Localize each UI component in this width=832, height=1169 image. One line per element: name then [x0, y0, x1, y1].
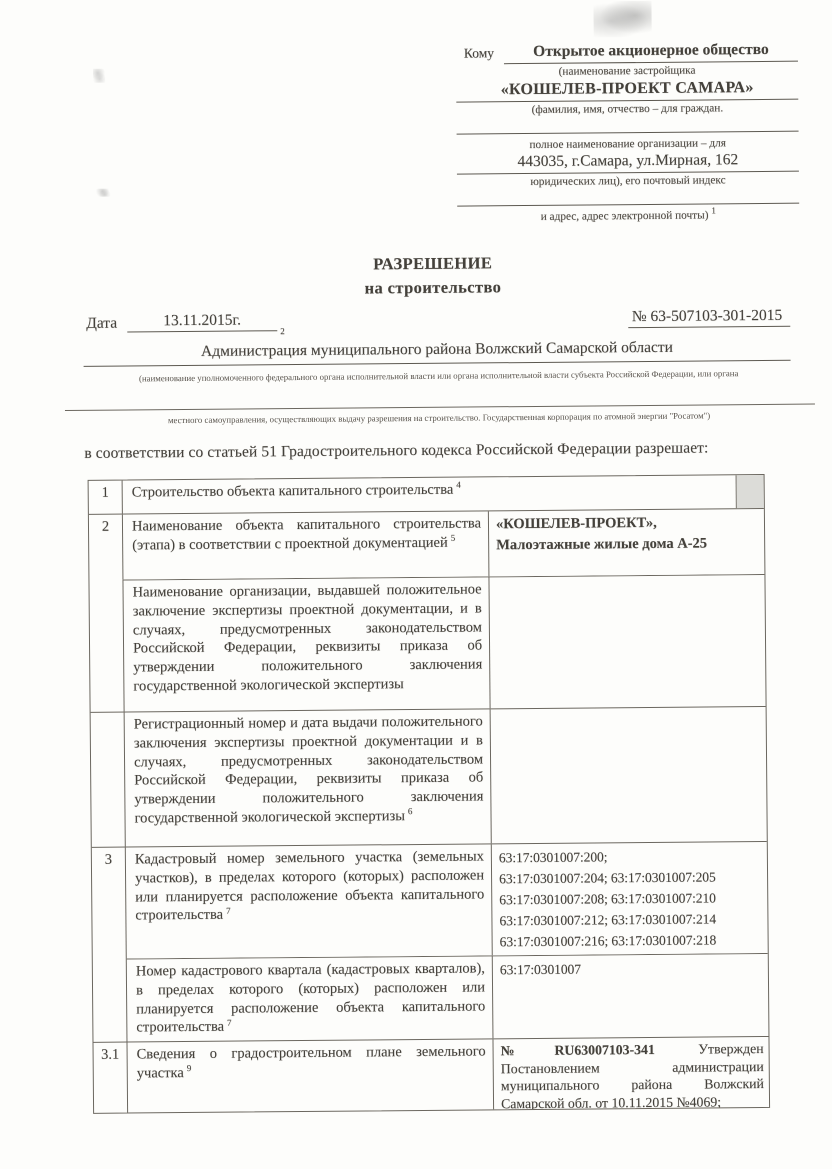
row-label-text: Номер кадастрового квартала (кадастровых… — [136, 960, 485, 1035]
row-label: Строительство объекта капитального строи… — [123, 475, 737, 513]
table-row-2c: Регистрационный номер и дата выдачи поло… — [91, 706, 767, 847]
row-number: 1 — [89, 481, 123, 514]
row-label-text: Строительство объекта капитального строи… — [132, 482, 454, 501]
intro-text: в соответствии со статьей 51 Градостроит… — [84, 439, 796, 463]
table-row-1: 1 Строительство объекта капитального стр… — [89, 475, 764, 514]
row-number: 3 — [92, 848, 127, 959]
table-row-3b: Номер кадастрового квартала (кадастровых… — [93, 953, 769, 1042]
row-value: 63:17:0301007 — [493, 953, 769, 1038]
scan-smudge — [593, 1, 651, 38]
row-label: Наименование объекта капитального строит… — [123, 511, 490, 579]
row-number — [93, 959, 128, 1042]
date-number-row: Дата 13.11.2015г. 2 № 63-507103-301-2015 — [86, 307, 790, 333]
gray-cell — [737, 475, 764, 508]
row-label: Номер кадастрового квартала (кадастровых… — [127, 955, 494, 1041]
table-row-2a: 2 Наименование объекта капитального стро… — [89, 508, 765, 580]
doc-title-block: РАЗРЕШЕНИЕ на строительство — [83, 249, 783, 303]
row-label: Регистрационный номер и дата выдачи поло… — [125, 709, 492, 846]
gpzu-number: №RU63007103-341 — [501, 1042, 655, 1058]
komu-label: Кому — [456, 45, 504, 64]
table-row-3-1: 3.1 Сведения о градостроительном плане з… — [93, 1036, 769, 1113]
spacer — [285, 328, 628, 331]
row-number: 3.1 — [93, 1043, 128, 1113]
caption-email-text: и адрес, адрес электронной почты) — [541, 209, 709, 222]
row-value — [491, 707, 767, 843]
row-label-text: Наименование объекта капитального строит… — [132, 515, 481, 553]
footnote-1: 1 — [711, 206, 716, 216]
row-label: Наименование организации, выдавшей полож… — [123, 576, 490, 711]
row-value: «КОШЕЛЕВ-ПРОЕКТ», Малоэтажные жилые дома… — [489, 509, 765, 576]
row-value-cadastral: 63:17:0301007:200; 63:17:0301007:204; 63… — [492, 842, 768, 955]
row-label-text: Наименование организации, выдавшей полож… — [132, 581, 482, 694]
scan-mark — [96, 189, 112, 197]
recipient-block: Кому Открытое акционерное общество (наим… — [456, 41, 800, 224]
caption-builder-name: (наименование застройщика — [456, 64, 798, 79]
row-label-text: Регистрационный номер и дата выдачи поло… — [134, 713, 484, 826]
table-row-3a: 3 Кадастровый номер земельного участка (… — [92, 841, 768, 959]
recipient-address: 443035, г.Самара, ул.Мирная, 162 — [457, 151, 799, 175]
row-label-text: Кадастровый номер земельного участка (зе… — [135, 848, 484, 923]
date-value: 13.11.2015г. — [127, 311, 277, 332]
scan-content: Кому Открытое акционерное общество (наим… — [0, 0, 832, 1169]
row-label: Сведения о градостроительном плане земел… — [127, 1039, 494, 1112]
row-number: 2 — [89, 515, 124, 580]
footnote-4: 4 — [456, 480, 461, 490]
permit-table: 1 Строительство объекта капитального стр… — [88, 474, 771, 1114]
authority-caption-1: (наименование уполномоченного федерально… — [59, 367, 819, 384]
authority-name: Администрация муниципального района Волж… — [83, 338, 790, 367]
recipient-org-type: Открытое акционерное общество — [504, 41, 798, 65]
blank-underline — [457, 186, 799, 207]
footnote-7: 7 — [227, 1017, 232, 1027]
row-value — [489, 574, 765, 708]
date-label: Дата — [86, 315, 117, 333]
scanned-document-page: Кому Открытое акционерное общество (наим… — [0, 0, 832, 1169]
caption-org-fullname: полное наименование организации – для — [457, 137, 799, 152]
row-number — [91, 713, 126, 847]
doc-subtitle: на строительство — [83, 273, 783, 303]
permit-number: № 63-507103-301-2015 — [628, 307, 791, 328]
row-label: Кадастровый номер земельного участка (зе… — [126, 844, 493, 958]
row-value: №RU63007103-341 Утвержден Постановлением… — [493, 1037, 769, 1109]
authority-caption-2: местного самоуправления, осуществляющих … — [59, 409, 819, 426]
scan-mark — [93, 69, 105, 83]
blank-underline — [456, 114, 798, 135]
recipient-org-name: «КОШЕЛЕВ-ПРОЕКТ САМАРА» — [456, 79, 798, 103]
footnote-7: 7 — [226, 905, 231, 915]
recipient-line: Кому Открытое акционерное общество — [456, 41, 798, 65]
footnote-5: 5 — [451, 533, 456, 543]
row-number — [89, 580, 124, 712]
caption-email: и адрес, адрес электронной почты)1 — [457, 209, 799, 224]
footnote-9: 9 — [187, 1063, 192, 1073]
table-row-2b: Наименование организации, выдавшей полож… — [89, 574, 765, 712]
footnote-6: 6 — [408, 806, 413, 816]
